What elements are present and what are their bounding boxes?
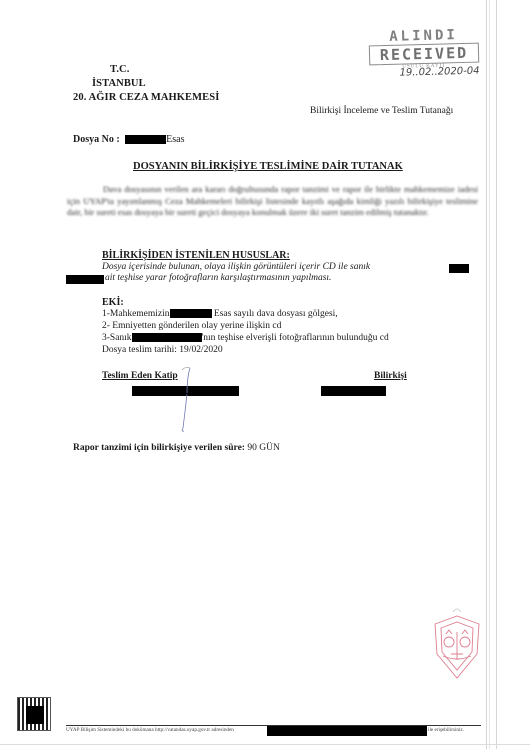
attachment-item-3: 3-Sanık'nın teşhise elverişli fotoğrafla… [102,333,389,343]
scan-edge-line [486,0,487,749]
requests-text-part1: Dosya içerisinde bulunan, olaya ilişkin … [102,262,370,272]
redacted-access-code [267,726,427,736]
requests-heading: BİLİRKİŞİDEN İSTENİLEN HUSUSLAR: [102,250,290,261]
file-number-row: Dosya No : Esas [73,134,185,145]
page-bottom-edge [0,744,530,745]
scan-edge-line [496,0,497,749]
signature-mark [176,364,196,434]
footer-note: UYAP Bilişim Sistemindeki bu dokümana ht… [66,727,234,733]
document-title: DOSYANIN BİLİRKİŞİYE TESLİMİNE DAİR TUTA… [133,161,403,172]
stamp-date: 19..02..2020-04 [369,66,479,80]
document-type: Bilirkişi İnceleme ve Teslim Tutanağı [310,106,453,116]
attachment-3-prefix: 3-Sanık [102,333,132,343]
requests-text-line2: ait teşhise yarar fotoğrafların karşılaş… [105,273,331,283]
redacted-case-number [170,309,212,318]
duration-value: 90 GÜN [247,443,279,453]
scan-edge-line [489,0,490,749]
duration-label: Rapor tanzimi için bilirkişiye verilen s… [73,443,245,453]
redacted-defendant-name [449,264,469,273]
header-city: İSTANBUL [92,78,146,89]
header-court: 20. AĞIR CEZA MAHKEMESİ [73,92,219,103]
redacted-defendant-name [66,275,104,284]
file-number-label: Dosya No : [73,134,120,145]
attachment-item-1: 1-Mahkememizin Esas sayılı dava dosyası … [102,309,338,319]
court-seal-icon [431,606,483,684]
header-tc: T.C. [110,64,129,75]
qr-code [17,697,51,731]
attachment-1-prefix: 1-Mahkememizin [102,309,170,319]
intro-paragraph: Dava dosyasının verilen ara kararı doğru… [67,184,478,219]
delivery-date: Dosya teslim tarihi: 19/02/2020 [102,345,223,355]
attachment-3-suffix: 'nın teşhise elverişli fotoğraflarının b… [202,333,389,343]
file-number-suffix: Esas [166,134,184,145]
redacted-file-number [125,135,166,144]
report-duration: Rapor tanzimi için bilirkişiye verilen s… [73,443,280,453]
footer-text-left: UYAP Bilişim Sistemindeki bu dokümana ht… [66,727,234,733]
clerk-signature-label: Teslim Eden Katip [102,371,178,381]
attachments-heading: EKİ: [102,297,124,308]
received-stamp: ALINDI RECEIVED USULÜ KAYIT 19..02..2020… [368,27,479,80]
attachment-1-suffix: Esas sayılı dava dosyası gölgesi, [214,309,338,319]
expert-signature-label: Bilirkişi [374,371,407,381]
requests-text-line1: Dosya içerisinde bulunan, olaya ilişkin … [102,262,478,274]
redacted-expert-name [321,386,386,396]
attachment-item-2: 2- Emniyetten gönderilen olay yerine ili… [102,321,281,331]
footer-text-right: ile erişebilirsiniz. [428,727,464,733]
redacted-defendant-name [132,333,202,342]
